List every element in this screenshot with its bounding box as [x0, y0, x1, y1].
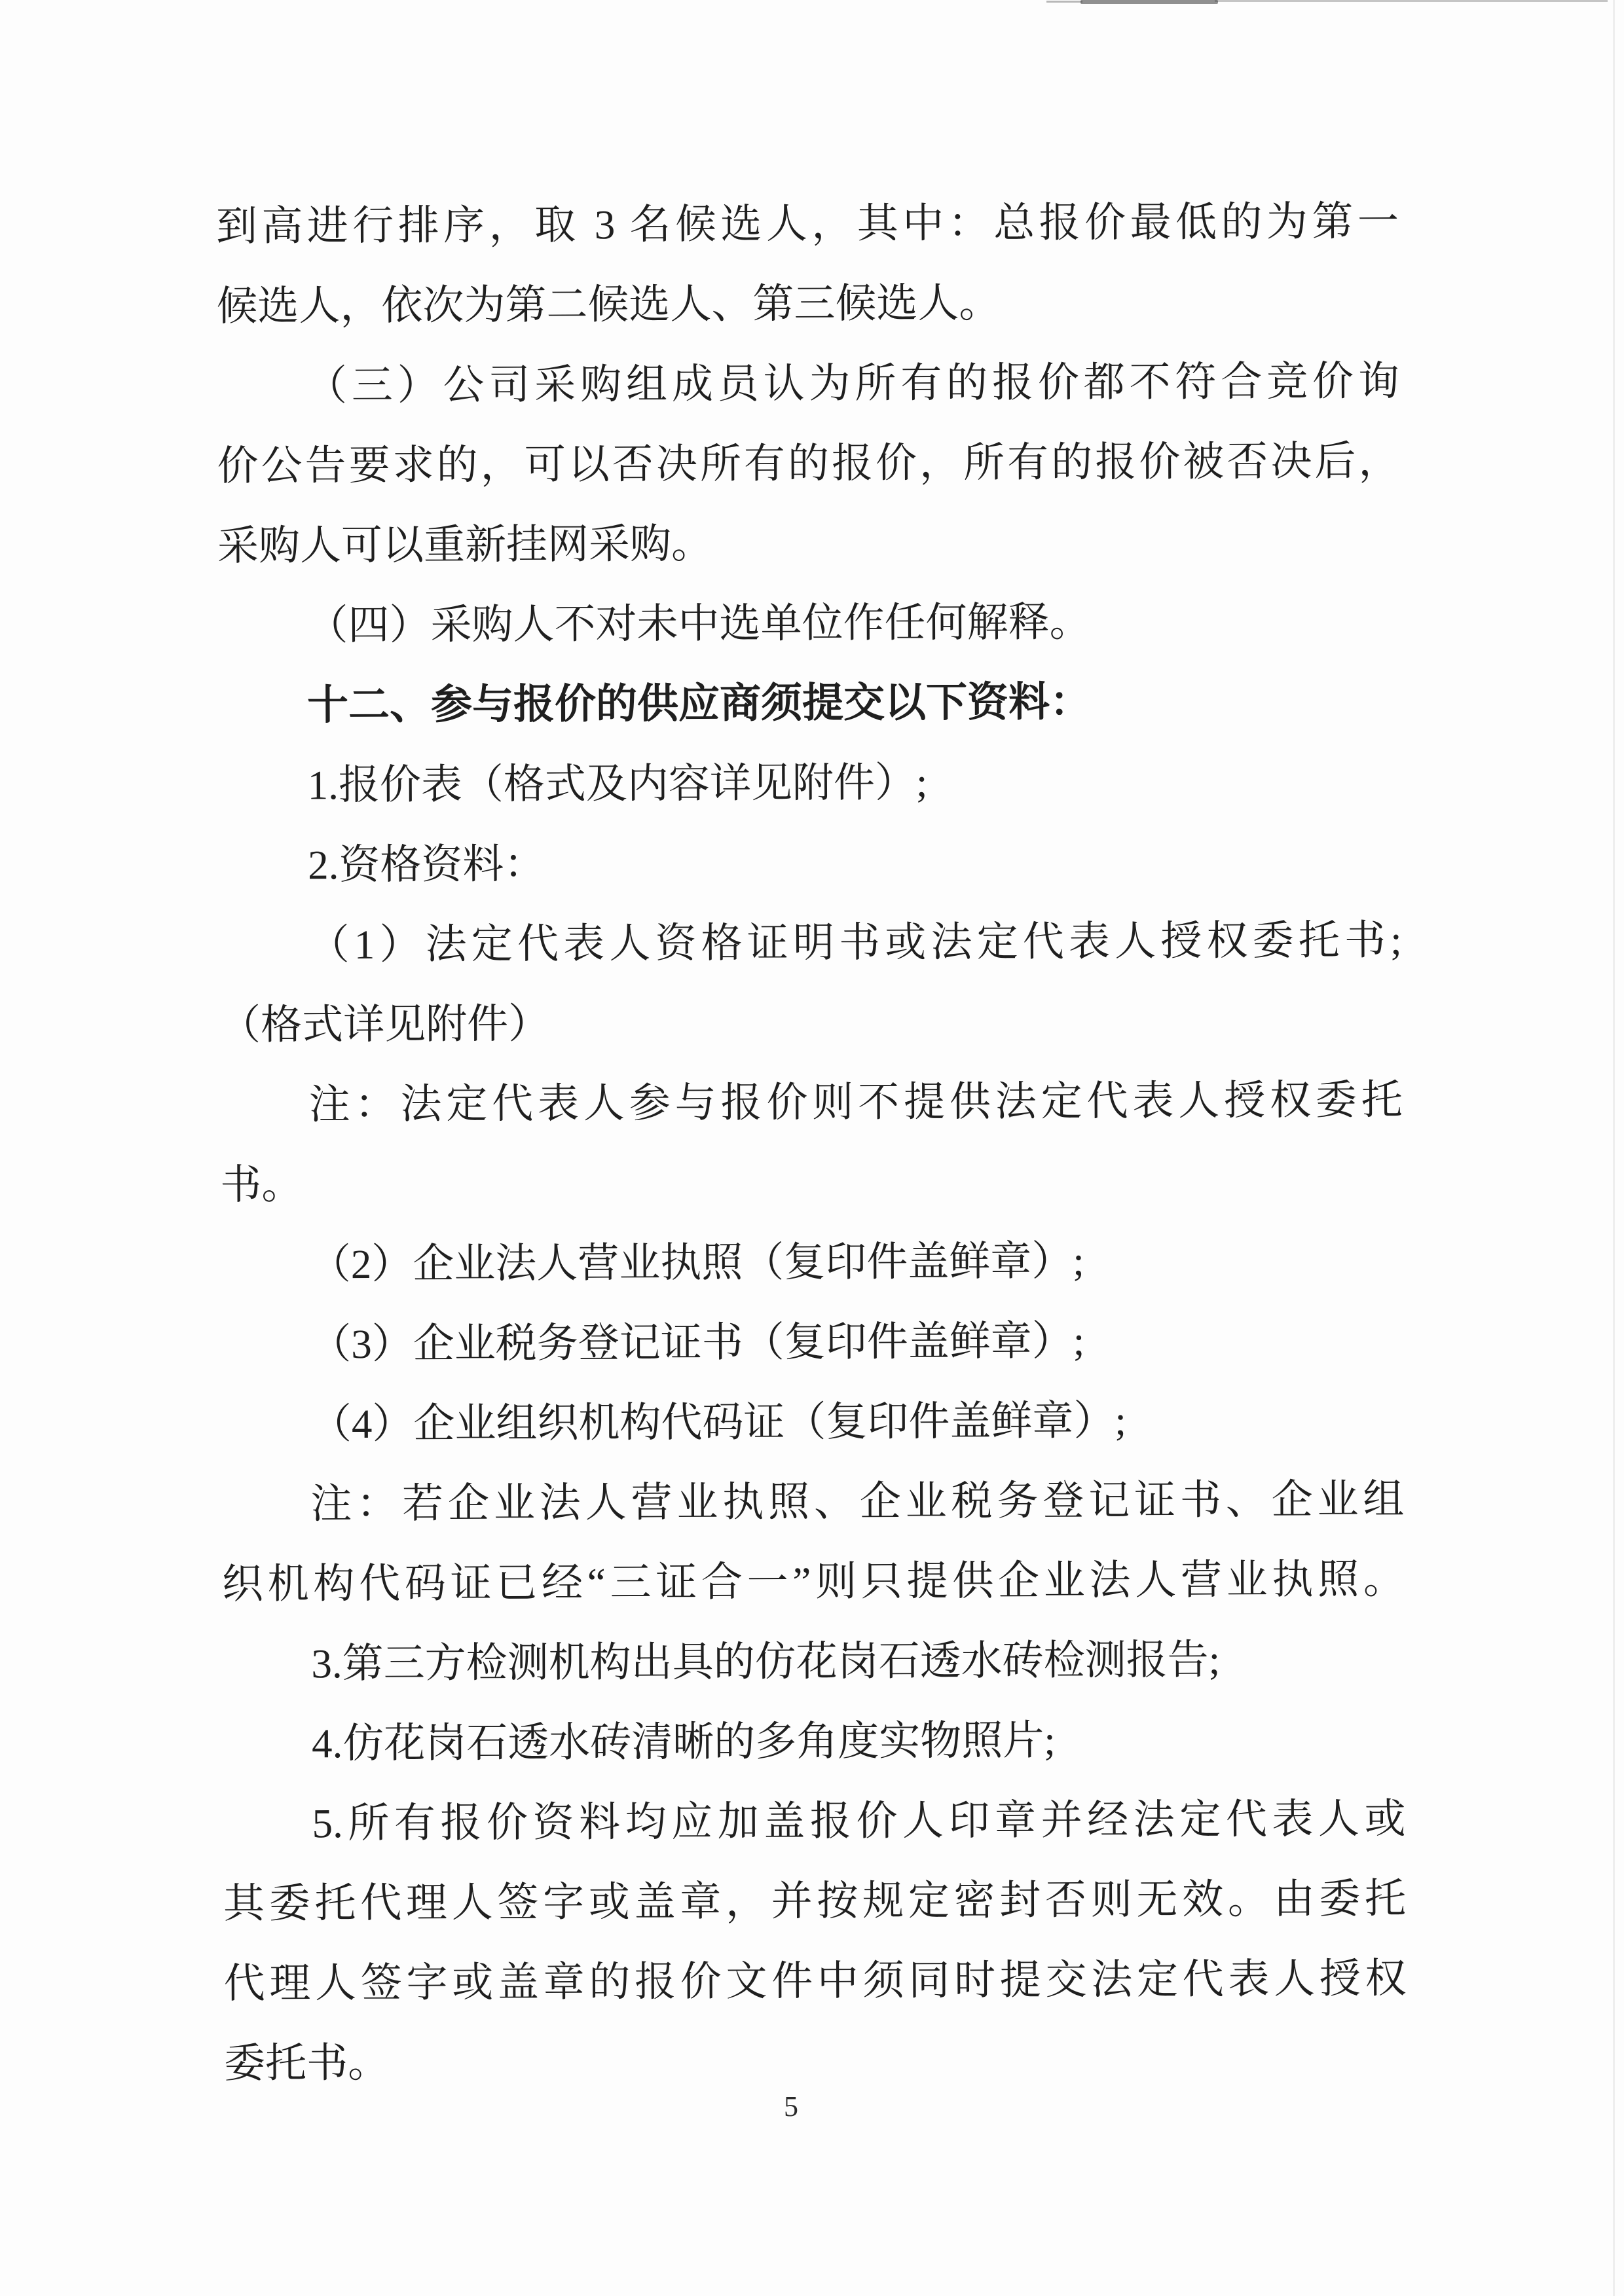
- scan-artifact-top-edge: [1215, 0, 1608, 2]
- text-line: 织机构代码证已经“三证合一”则只提供企业法人营业执照。: [222, 1539, 1405, 1624]
- text-line: 代理人签字或盖章的报价文件中须同时提交法定代表人授权: [223, 1939, 1407, 2024]
- text-line: 采购人可以重新挂网采购。: [217, 501, 1401, 586]
- scan-artifact-top-edge: [1046, 1, 1082, 3]
- text-line: 5.所有报价资料均应加盖报价人印章并经法定代表人或: [223, 1779, 1406, 1864]
- text-line: 2.资格资料：: [219, 820, 1402, 905]
- text-line: 注：法定代表人参与报价则不提供法定代表人授权委托: [219, 1060, 1403, 1145]
- text-line: 十二、参与报价的供应商须提交以下资料：: [218, 661, 1401, 746]
- document-lines: 到高进行排序，取 3 名候选人，其中：总报价最低的为第一候选人，依次为第二候选人…: [216, 181, 1407, 2104]
- text-line: 到高进行排序，取 3 名候选人，其中：总报价最低的为第一: [216, 181, 1399, 266]
- scanned-document-page: 到高进行排序，取 3 名候选人，其中：总报价最低的为第一候选人，依次为第二候选人…: [0, 0, 1624, 2296]
- text-line: 候选人，依次为第二候选人、第三候选人。: [216, 261, 1399, 346]
- text-line: （3）企业税务登记证书（复印件盖鲜章）;: [221, 1300, 1404, 1385]
- text-line: （1）法定代表人资格证明书或法定代表人授权委托书;: [219, 900, 1402, 985]
- page-number: 5: [0, 2087, 1603, 2126]
- scan-artifact-top-edge: [1080, 0, 1218, 4]
- text-line: 其委托代理人签字或盖章，并按规定密封否则无效。由委托: [223, 1859, 1407, 1944]
- text-line: （2）企业法人营业执照（复印件盖鲜章）;: [221, 1220, 1404, 1305]
- text-line: （四）采购人不对未中选单位作任何解释。: [217, 581, 1401, 666]
- text-line: 4.仿花岗石透水砖清晰的多角度实物照片;: [223, 1699, 1406, 1784]
- text-line: （4）企业组织机构代码证（复印件盖鲜章）;: [221, 1379, 1405, 1465]
- text-line: 1.报价表（格式及内容详见附件）;: [218, 740, 1401, 826]
- text-line: （格式详见附件）: [219, 980, 1403, 1065]
- text-line: （三）公司采购组成员认为所有的报价都不符合竞价询: [217, 341, 1400, 426]
- text-line: 3.第三方检测机构出具的仿花岗石透水砖检测报告;: [222, 1619, 1405, 1704]
- text-line: 书。: [220, 1140, 1403, 1225]
- scan-artifact-right-edge: [1613, 0, 1615, 2296]
- text-line: 价公告要求的，可以否决所有的报价，所有的报价被否决后，: [217, 421, 1400, 506]
- text-line: 注：若企业法人营业执照、企业税务登记证书、企业组: [221, 1459, 1405, 1544]
